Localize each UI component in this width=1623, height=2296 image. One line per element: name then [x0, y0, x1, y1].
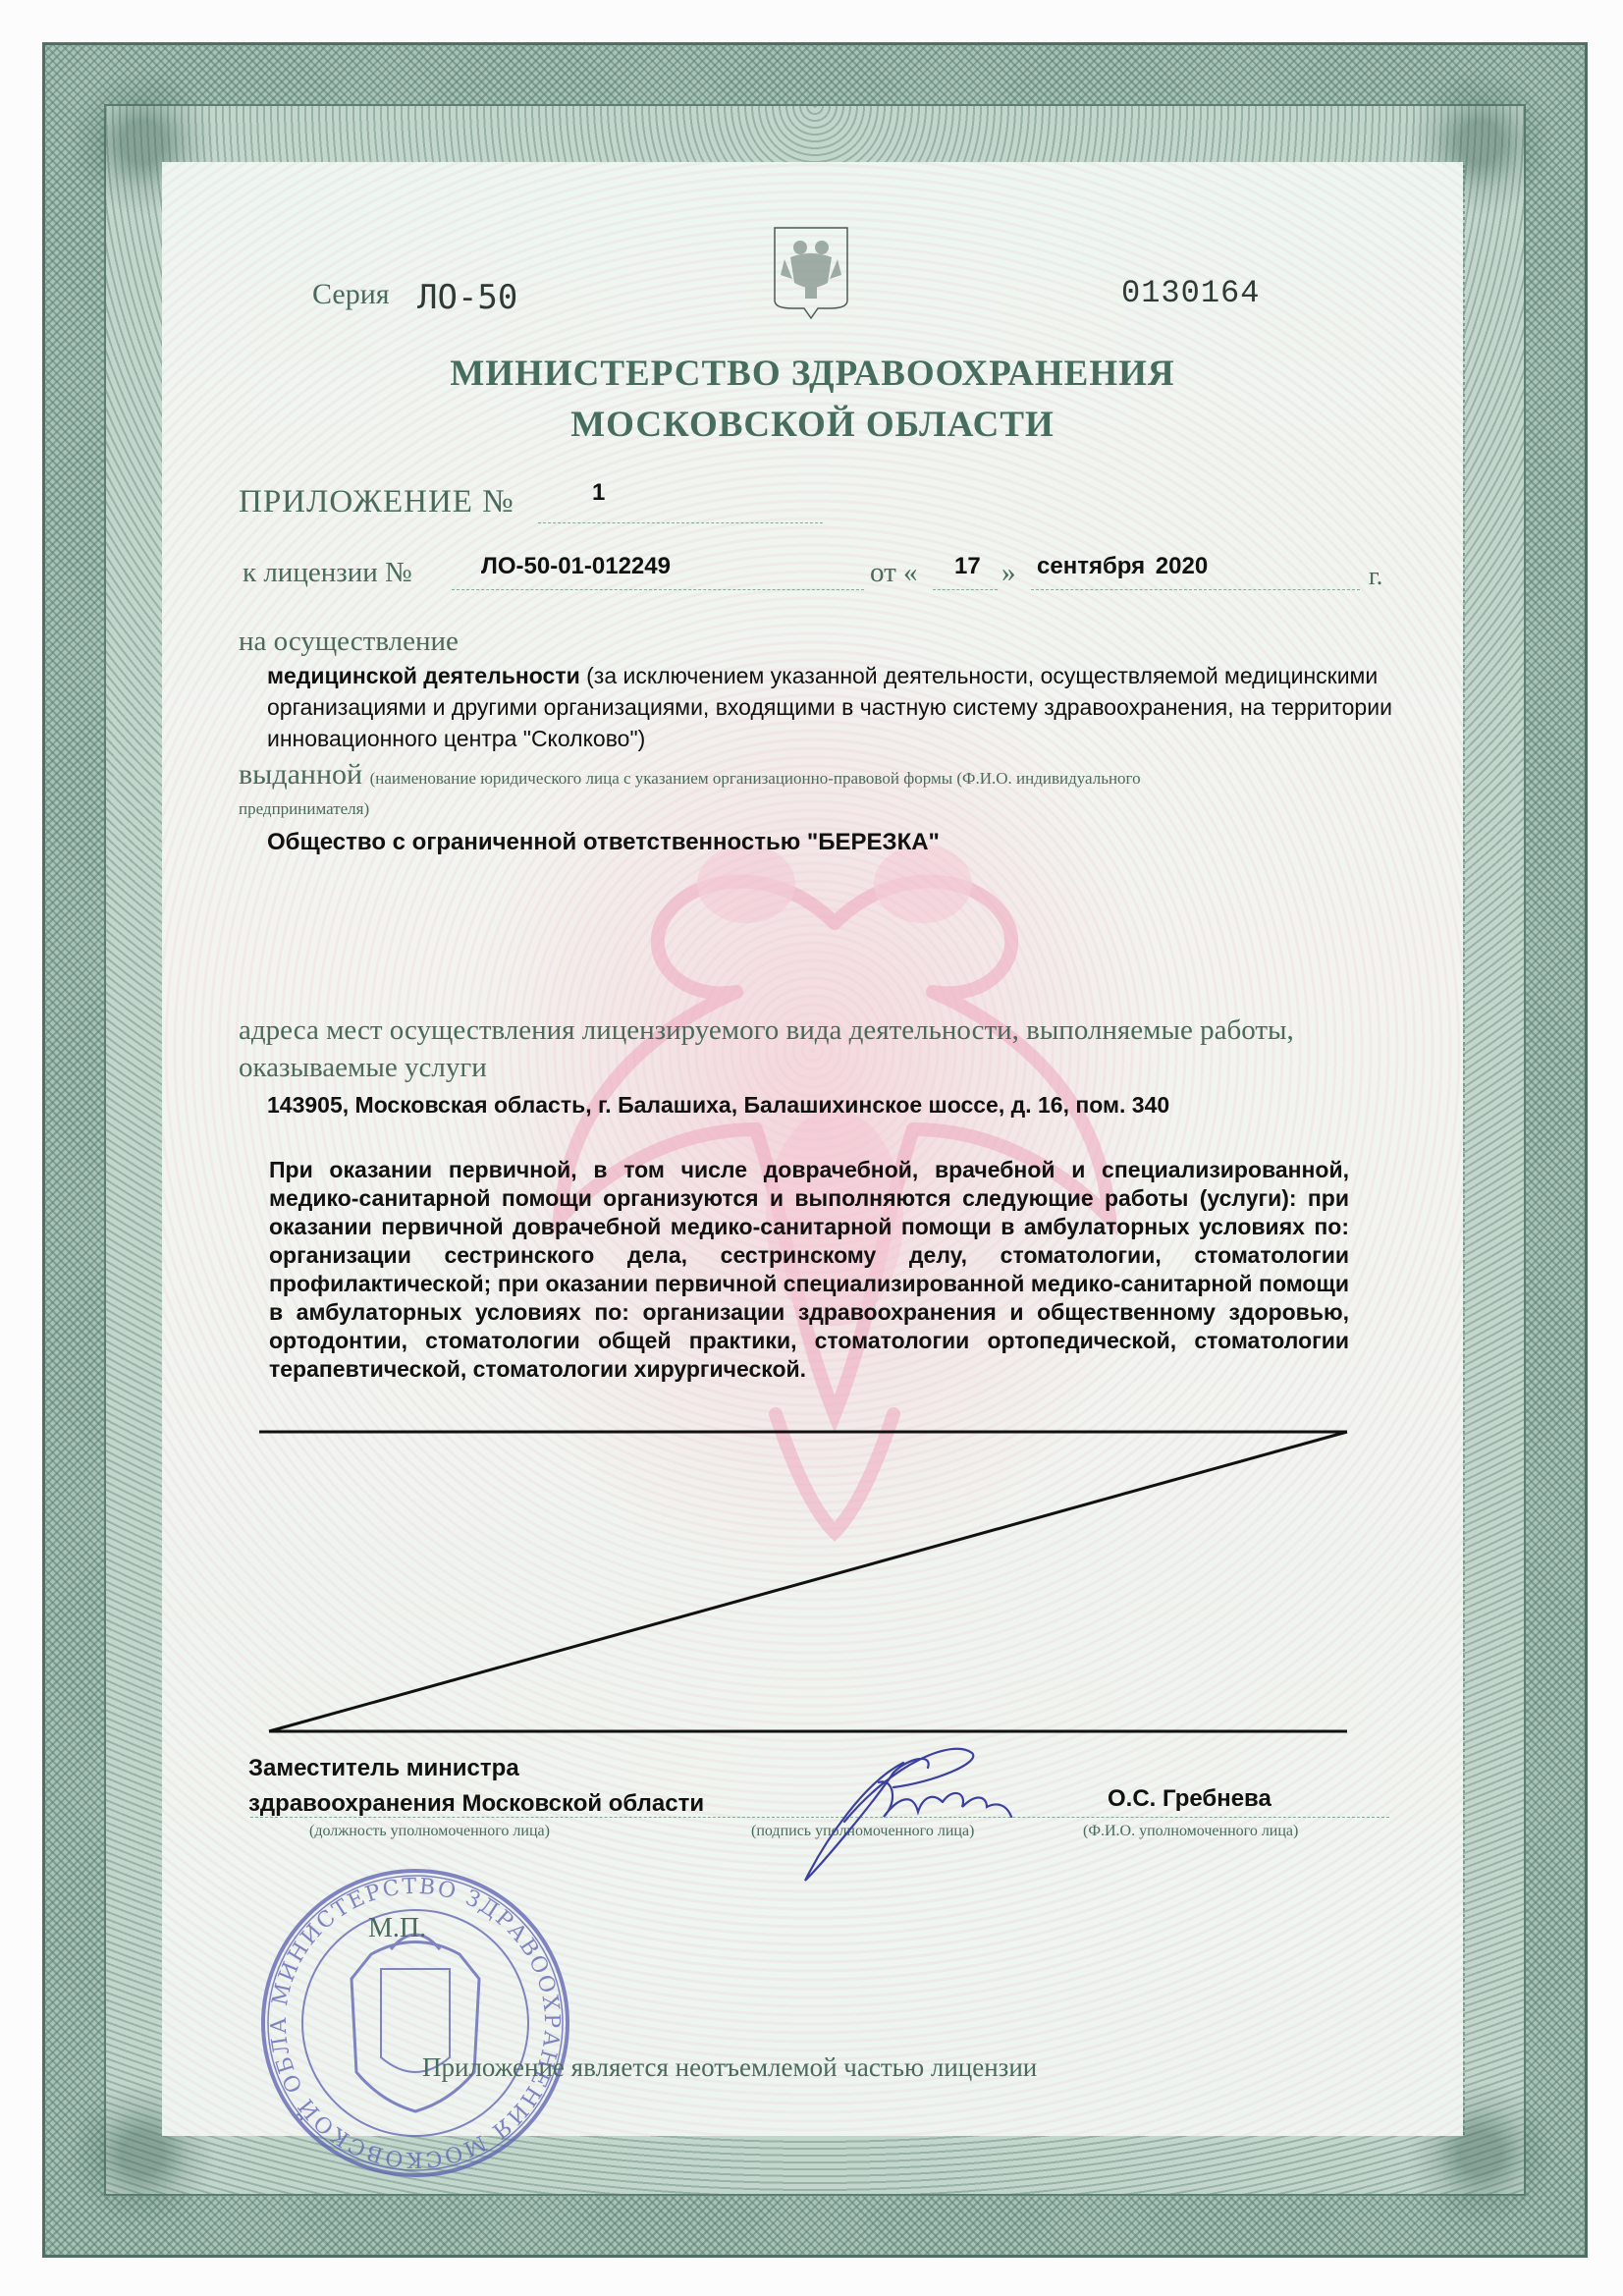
appendix-number-underline: [538, 522, 823, 523]
signer-name: О.С. Гребнева: [1108, 1785, 1271, 1813]
activity-address: 143905, Московская область, г. Балашиха,…: [267, 1092, 1169, 1119]
signer-position: Заместитель министра здравоохранения Мос…: [248, 1751, 704, 1822]
caption-name: (Ф.И.О. уполномоченного лица): [1083, 1823, 1298, 1840]
services-list: При оказании первичной, в том числе довр…: [269, 1156, 1349, 1384]
series-label: Серия: [312, 278, 390, 311]
issued-note: (наименование юридического лица с указан…: [370, 769, 1141, 788]
date-from-label: от «: [870, 557, 918, 589]
signer-position-line1: Заместитель министра: [248, 1751, 704, 1786]
issued-label: выданной: [239, 758, 362, 791]
date-quote-close: »: [1001, 557, 1016, 589]
appendix-label: ПРИЛОЖЕНИЕ №: [239, 484, 514, 520]
date-month-year: сентября 2020: [1037, 553, 1208, 580]
series-value: ЛО-50: [417, 278, 517, 317]
issuer-heading-line2: МОСКОВСКОЙ ОБЛАСТИ: [162, 400, 1463, 451]
date-day: 17: [954, 553, 981, 580]
empty-space-z-line: [257, 1424, 1357, 1738]
caption-position: (должность уполномоченного лица): [309, 1823, 550, 1840]
license-number-underline: [452, 589, 864, 590]
issued-label-row: выданной (наименование юридического лица…: [239, 758, 1141, 792]
appendix-number: 1: [592, 479, 605, 507]
issuer-heading: МИНИСТЕРСТВО ЗДРАВООХРАНЕНИЯ МОСКОВСКОЙ …: [162, 349, 1463, 451]
address-label: адреса мест осуществления лицензируемого…: [239, 1011, 1402, 1086]
russian-coat-of-arms-icon: [771, 224, 851, 322]
issuer-heading-line1: МИНИСТЕРСТВО ЗДРАВООХРАНЕНИЯ: [162, 349, 1463, 400]
activity-label: на осуществление: [239, 626, 459, 658]
license-number: ЛО-50-01-012249: [481, 553, 671, 580]
footer-note: Приложение является неотъемлемой частью …: [422, 2052, 1037, 2083]
activity-type: медицинской деятельности: [267, 663, 580, 688]
date-year-suffix: г.: [1369, 562, 1382, 591]
activity-description: медицинской деятельности (за исключением…: [267, 660, 1396, 754]
seal-placeholder-label: М.П.: [368, 1913, 426, 1944]
issued-note-continuation: предпринимателя): [239, 799, 369, 819]
organization-name: Общество с ограниченной ответственностью…: [267, 829, 940, 856]
date-day-underline: [933, 589, 998, 590]
license-label: к лицензии №: [243, 557, 412, 589]
official-stamp-icon: МИНИСТЕРСТВО ЗДРАВООХРАНЕНИЯ МОСКОВСКОЙ …: [253, 1861, 577, 2185]
form-number: 0130164: [1121, 275, 1260, 311]
date-month-underline: [1031, 589, 1360, 590]
handwritten-signature-icon: [785, 1743, 1080, 1890]
